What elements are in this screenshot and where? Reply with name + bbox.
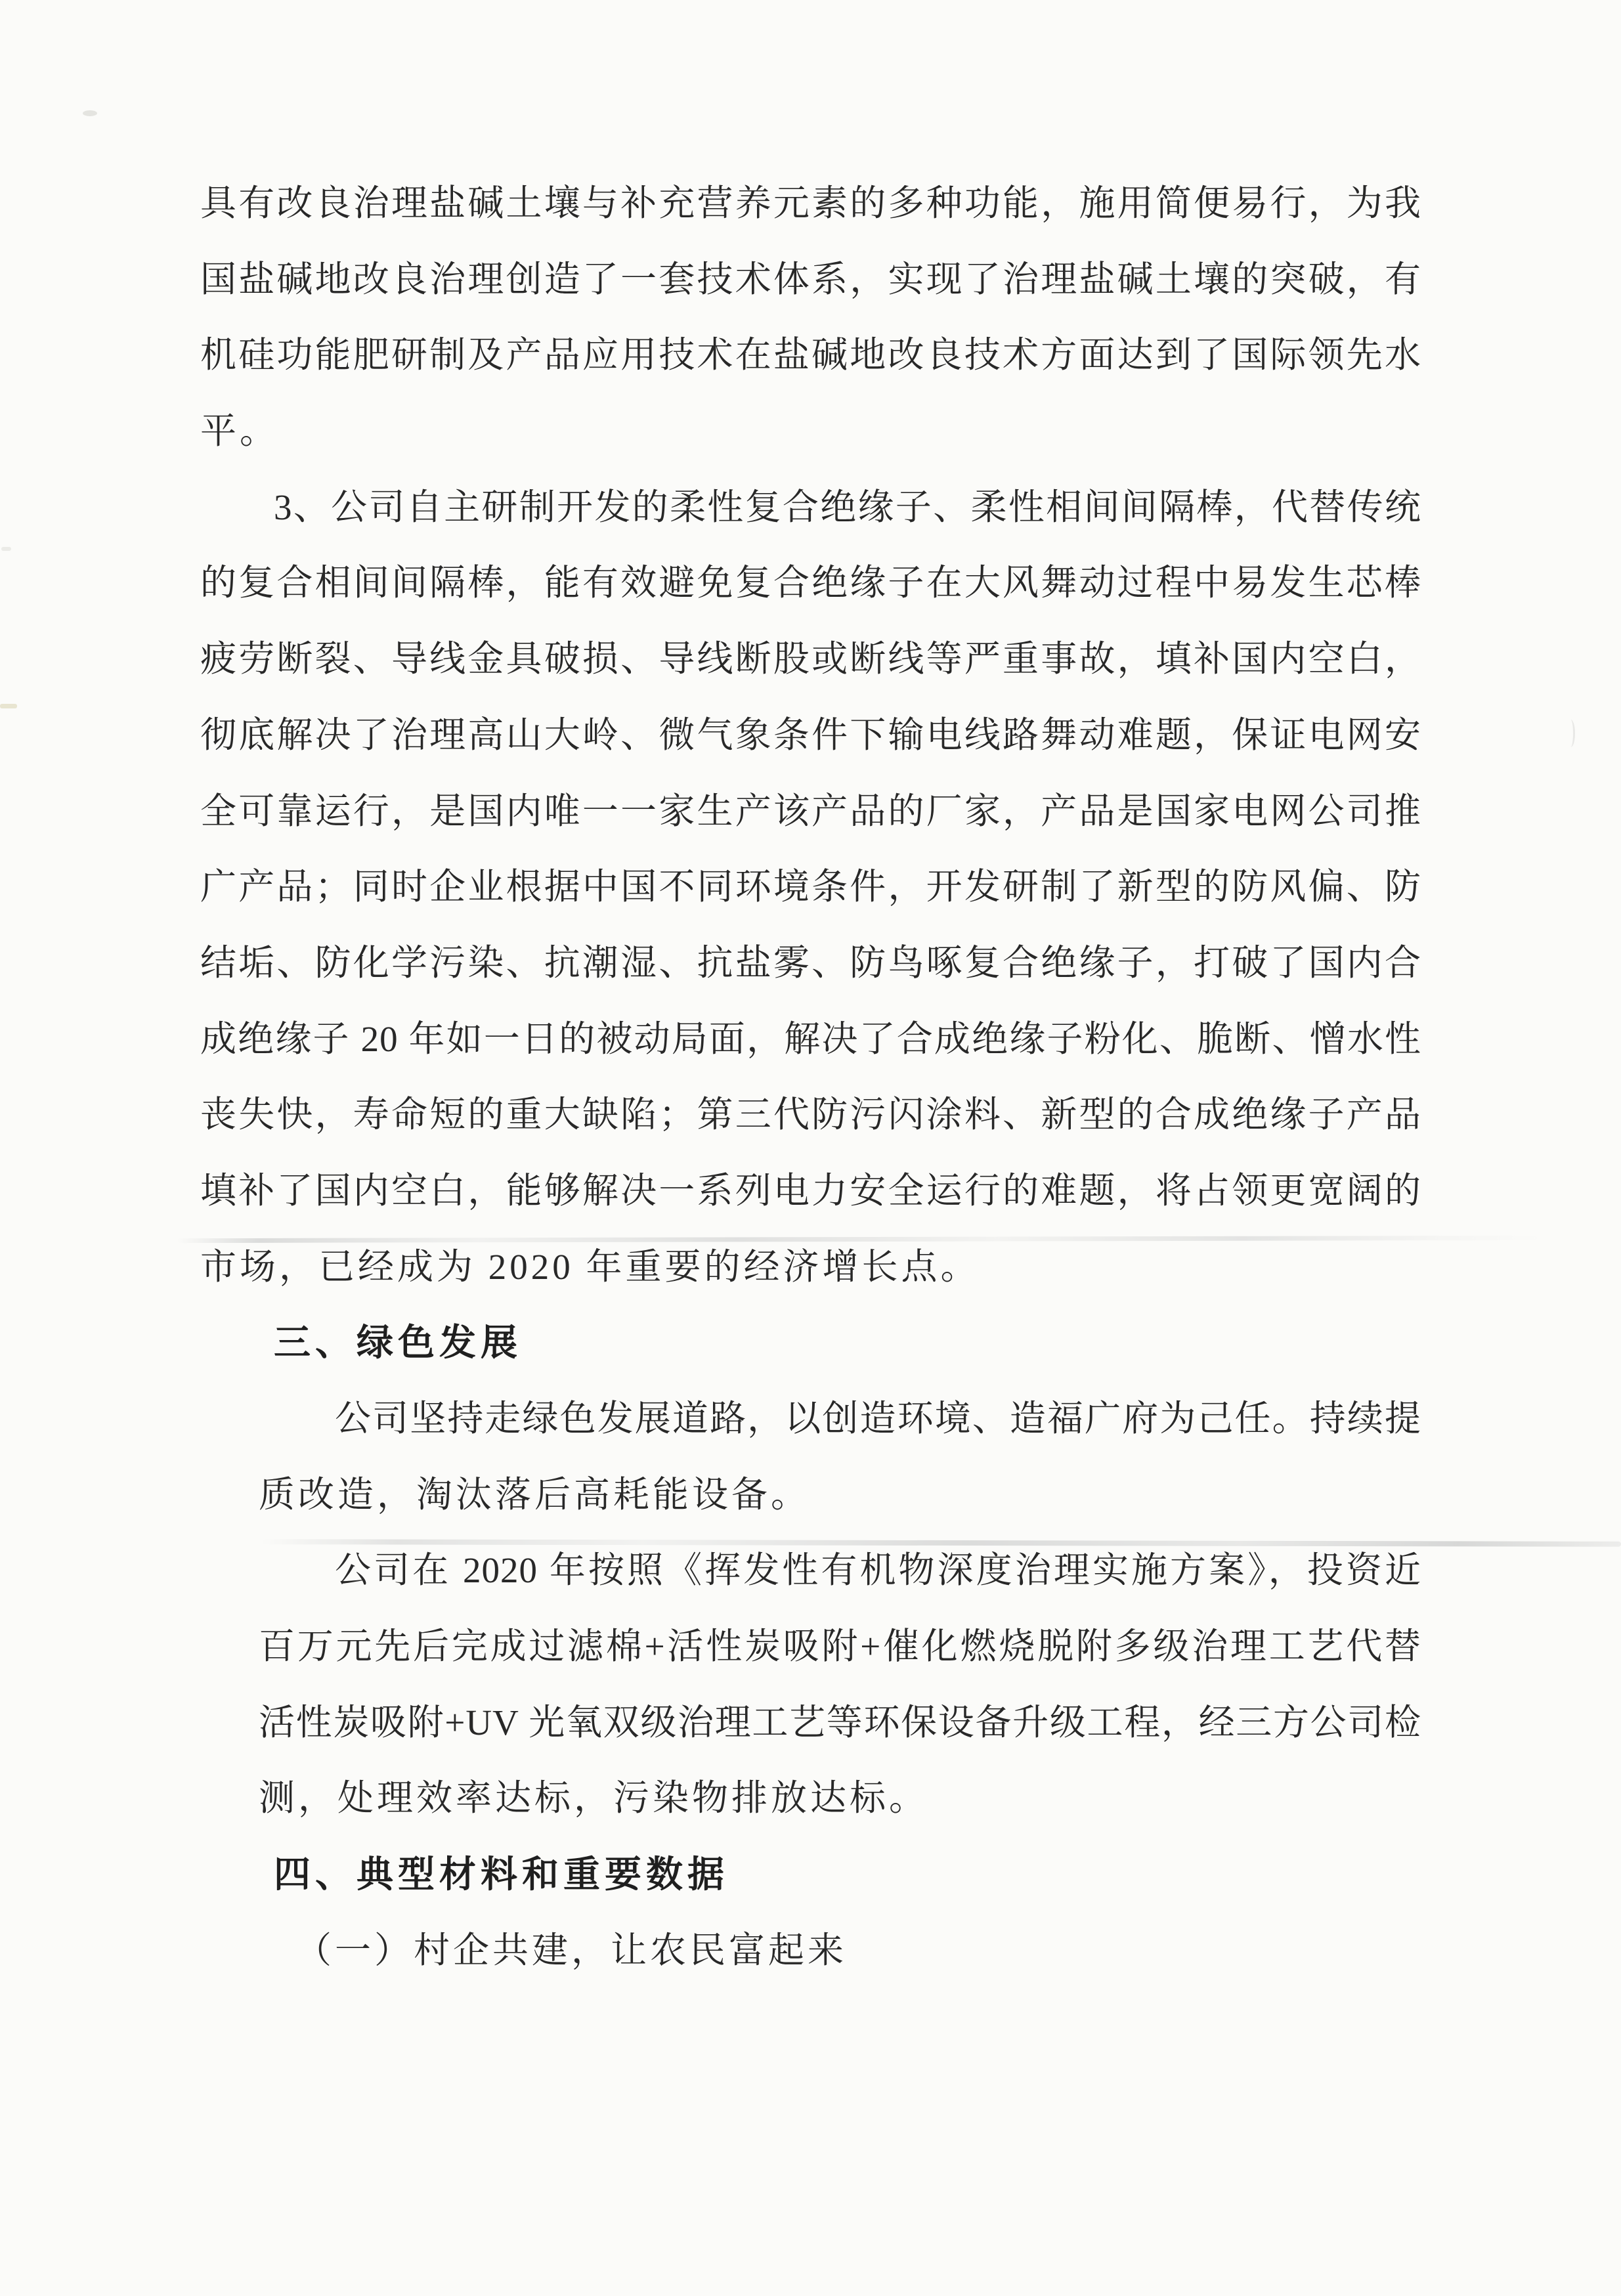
document-text-block: 具有改良治理盐碱土壤与补充营养元素的多种功能，施用简便易行，为我国盐碱地改良治理… <box>200 165 1421 1989</box>
text-line: 3、公司自主研制开发的柔性复合绝缘子、柔性相间间隔棒，代替传统 <box>200 469 1421 546</box>
text-line: 国盐碱地改良治理创造了一套技术体系，实现了治理盐碱土壤的突破，有 <box>200 242 1421 318</box>
text-line: 广产品；同时企业根据中国不同环境条件，开发研制了新型的防风偏、防 <box>200 849 1421 925</box>
text-line: 百万元先后完成过滤棉+活性炭吸附+催化燃烧脱附多级治理工艺代替 <box>200 1609 1421 1685</box>
text-line: 公司坚持走绿色发展道路，以创造环境、造福广府为己任。持续提 <box>200 1381 1421 1457</box>
section-heading: 三、绿色发展 <box>200 1305 1421 1381</box>
text-line: 具有改良治理盐碱土壤与补充营养元素的多种功能，施用简便易行，为我 <box>200 165 1421 242</box>
text-line: 填补了国内空白，能够解决一系列电力安全运行的难题，将占领更宽阔的 <box>200 1153 1421 1229</box>
text-line: 平。 <box>200 393 1421 469</box>
scan-edge-mark <box>1567 720 1575 747</box>
scan-edge-mark <box>0 704 17 708</box>
text-line: 结垢、防化学污染、抗潮湿、抗盐雾、防鸟啄复合绝缘子，打破了国内合 <box>200 925 1421 1001</box>
text-line: 丧失快，寿命短的重大缺陷；第三代防污闪涂料、新型的合成绝缘子产品 <box>200 1077 1421 1153</box>
document-page: 具有改良治理盐碱土壤与补充营养元素的多种功能，施用简便易行，为我国盐碱地改良治理… <box>0 0 1621 2296</box>
text-line: 的复合相间间隔棒，能有效避免复合绝缘子在大风舞动过程中易发生芯棒 <box>200 545 1421 621</box>
text-line: 测，处理效率达标，污染物排放达标。 <box>200 1760 1421 1836</box>
text-line: 机硅功能肥研制及产品应用技术在盐碱地改良技术方面达到了国际领先水 <box>200 317 1421 393</box>
text-line: 疲劳断裂、导线金具破损、导线断股或断线等严重事故，填补国内空白， <box>200 621 1421 697</box>
text-line: 彻底解决了治理高山大岭、微气象条件下输电线路舞动难题，保证电网安 <box>200 697 1421 773</box>
scan-edge-mark <box>1 547 11 551</box>
text-line: 成绝缘子 20 年如一日的被动局面，解决了合成绝缘子粉化、脆断、憎水性 <box>200 1001 1421 1077</box>
text-line: 活性炭吸附+UV 光氧双级治理工艺等环保设备升级工程，经三方公司检 <box>200 1685 1421 1761</box>
text-line: 全可靠运行，是国内唯一一家生产该产品的厂家，产品是国家电网公司推 <box>200 773 1421 850</box>
text-line: （一）村企共建，让农民富起来 <box>200 1913 1421 1989</box>
section-heading: 四、典型材料和重要数据 <box>200 1836 1421 1913</box>
text-line: 质改造，淘汰落后高耗能设备。 <box>200 1457 1421 1533</box>
scan-spot-artifact <box>83 110 97 116</box>
text-line: 市场，已经成为 2020 年重要的经济增长点。 <box>200 1229 1421 1305</box>
text-line: 公司在 2020 年按照《挥发性有机物深度治理实施方案》，投资近 <box>200 1532 1421 1609</box>
